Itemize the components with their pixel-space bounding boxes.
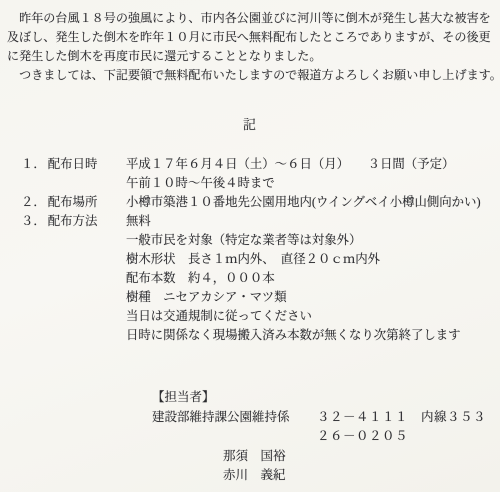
- contact-person-name: 赤川 義紀: [223, 466, 500, 486]
- item-label: 配布場所: [48, 195, 98, 209]
- item-number: １．: [21, 157, 46, 171]
- record-mark: 記: [0, 115, 500, 134]
- item-value-line: 無料: [126, 212, 500, 231]
- item-value-line: 樹種 ニセアカシア・マツ類: [126, 288, 500, 307]
- item-value-line: 樹木形状 長さ１ｍ内外、 直径２０ｃｍ内外: [126, 250, 500, 269]
- contact-phones: ３２－４１１１ 内線３５３ ２６－０２０５: [317, 408, 486, 447]
- press-release-document: 昨年の台風１８号の強風により、市内各公園並びに河川等に倒木が発生し甚大な被害を …: [0, 0, 500, 492]
- contact-phone-primary: ３２－４１１１ 内線３５３: [317, 408, 486, 428]
- intro-paragraph: 昨年の台風１８号の強風により、市内各公園並びに河川等に倒木が発生し甚大な被害を …: [0, 0, 500, 85]
- intro-line: 及ぼし、発生した倒木を昨年１０月に市民へ無料配布したところでありますが、その後更: [7, 28, 494, 47]
- item-value-line: 小樽市築港１０番地先公園用地内(ウイングベイ小樽山側向かい): [126, 193, 500, 212]
- item-head-place: ２．配布場所: [0, 193, 126, 212]
- item-value-date: 平成１７年６月４日（土）～６日（月） ３日間（予定） 午前１０時～午後４時まで: [126, 155, 500, 193]
- distribution-details-list: １．配布日時 平成１７年６月４日（土）～６日（月） ３日間（予定） 午前１０時～…: [0, 155, 500, 345]
- item-head-method: ３．配布方法: [0, 212, 126, 231]
- contact-section: 【担当者】 建設部維持課公園維持係 ３２－４１１１ 内線３５３ ２６－０２０５ …: [152, 388, 500, 486]
- list-item-date: １．配布日時 平成１７年６月４日（土）～６日（月） ３日間（予定） 午前１０時～…: [0, 155, 500, 193]
- item-value-method: 無料 一般市民を対象（特定な業者等は対象外） 樹木形状 長さ１ｍ内外、 直径２０…: [126, 212, 500, 345]
- list-item-place: ２．配布場所 小樽市築港１０番地先公園用地内(ウイングベイ小樽山側向かい): [0, 193, 500, 212]
- item-number: ３．: [21, 214, 46, 228]
- item-value-line: 日時に関係なく現場搬入済み本数が無くなり次第終了します: [126, 326, 500, 345]
- list-item-method: ３．配布方法 無料 一般市民を対象（特定な業者等は対象外） 樹木形状 長さ１ｍ内…: [0, 212, 500, 345]
- contact-names: 那須 国裕 赤川 義紀: [223, 447, 500, 486]
- intro-line: 昨年の台風１８号の強風により、市内各公園並びに河川等に倒木が発生し甚大な被害を: [7, 9, 494, 28]
- intro-line: に発生した倒木を再度市民に還元することとなりました。: [7, 47, 494, 66]
- item-value-place: 小樽市築港１０番地先公園用地内(ウイングベイ小樽山側向かい): [126, 193, 500, 212]
- contact-person-name: 那須 国裕: [223, 447, 500, 467]
- item-value-line: 午前１０時～午後４時まで: [126, 174, 500, 193]
- item-head-date: １．配布日時: [0, 155, 126, 174]
- contact-header: 【担当者】: [152, 388, 500, 408]
- contact-phone-secondary: ２６－０２０５: [317, 427, 486, 447]
- item-value-line: 当日は交通規制に従ってください: [126, 307, 500, 326]
- contact-row: 建設部維持課公園維持係 ３２－４１１１ 内線３５３ ２６－０２０５: [152, 408, 500, 447]
- contact-department: 建設部維持課公園維持係: [152, 408, 317, 428]
- item-value-line: 平成１７年６月４日（土）～６日（月） ３日間（予定）: [126, 155, 500, 174]
- item-label: 配布方法: [48, 214, 98, 228]
- item-label: 配布日時: [48, 157, 98, 171]
- item-value-line: 一般市民を対象（特定な業者等は対象外）: [126, 231, 500, 250]
- item-number: ２．: [21, 195, 46, 209]
- intro-line: つきましては、下記要領で無料配布いたしますので報道方よろしくお願い申し上げます。: [7, 66, 494, 85]
- item-value-line: 配布本数 約４，０００本: [126, 269, 500, 288]
